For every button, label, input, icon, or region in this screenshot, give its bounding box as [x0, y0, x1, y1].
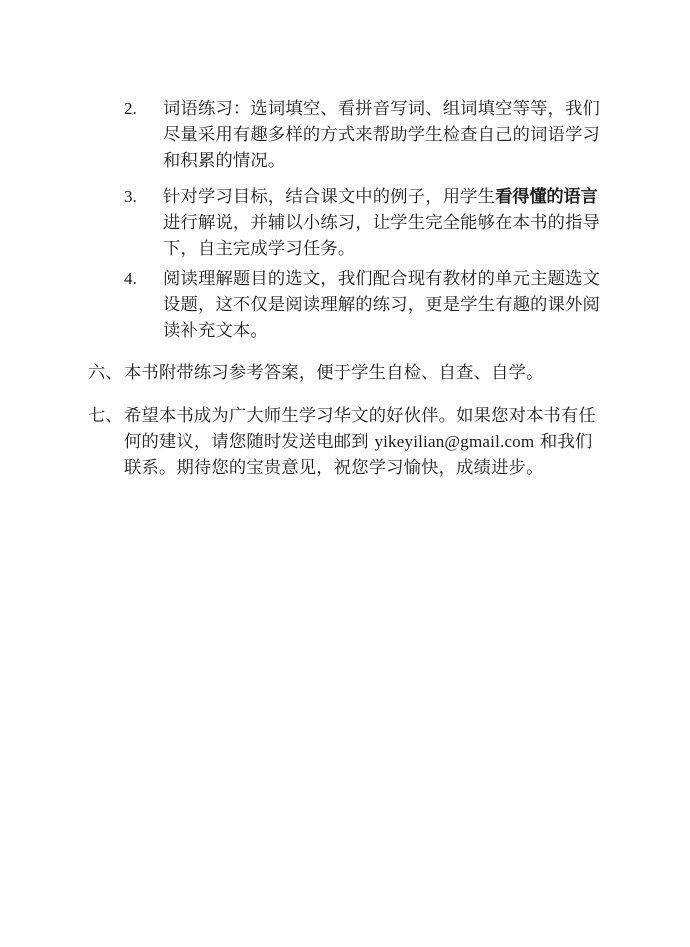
text-segment: 和我们: [534, 432, 592, 452]
item-number: 4.: [124, 266, 137, 292]
text-line: 进行解说，并辅以小练习，让学生完全能够在本书的指导: [163, 210, 587, 236]
text-line: 针对学习目标，结合课文中的例子，用学生看得懂的语言: [163, 184, 587, 210]
text-line: 设题，这不仅是阅读理解的练习，更是学生有趣的课外阅: [163, 292, 587, 318]
text-segment: 何的建议，请您随时发送电邮到: [124, 432, 374, 452]
document-page: 2. 词语练习：选词填空、看拼音写词、组词填空等等，我们 尽量采用有趣多样的方式…: [0, 0, 690, 947]
item-number: 3.: [124, 184, 137, 210]
text-line: 尽量采用有趣多样的方式来帮助学生检查自己的词语学习: [163, 122, 587, 148]
item-text: 针对学习目标，结合课文中的例子，用学生看得懂的语言 进行解说，并辅以小练习，让学…: [163, 184, 587, 262]
bold-phrase: 看得懂的语言: [495, 187, 598, 207]
section-marker: 七、: [88, 403, 123, 429]
text-line: 词语练习：选词填空、看拼音写词、组词填空等等，我们: [163, 96, 587, 122]
text-line: 阅读理解题目的选文，我们配合现有教材的单元主题选文: [163, 266, 587, 292]
text-line: 联系。期待您的宝贵意见，祝您学习愉快，成绩进步。: [124, 455, 586, 481]
text-line: 何的建议，请您随时发送电邮到 yikeyilian@gmail.com 和我们: [124, 429, 586, 455]
text-line: 读补充文本。: [163, 318, 587, 344]
section-marker: 六、: [88, 360, 123, 386]
text-line: 希望本书成为广大师生学习华文的好伙伴。如果您对本书有任: [124, 403, 586, 429]
section-text: 希望本书成为广大师生学习华文的好伙伴。如果您对本书有任 何的建议，请您随时发送电…: [124, 403, 586, 481]
text-line: 下，自主完成学习任务。: [163, 236, 587, 262]
item-text: 词语练习：选词填空、看拼音写词、组词填空等等，我们 尽量采用有趣多样的方式来帮助…: [163, 96, 587, 174]
item-number: 2.: [124, 96, 137, 122]
text-line: 本书附带练习参考答案，便于学生自检、自查、自学。: [124, 360, 586, 386]
section-text: 本书附带练习参考答案，便于学生自检、自查、自学。: [124, 360, 586, 386]
item-text: 阅读理解题目的选文，我们配合现有教材的单元主题选文 设题，这不仅是阅读理解的练习…: [163, 266, 587, 344]
email-address: yikeyilian@gmail.com: [374, 432, 534, 451]
text-segment: 针对学习目标，结合课文中的例子，用学生: [163, 187, 495, 207]
text-line: 和积累的情况。: [163, 148, 587, 174]
